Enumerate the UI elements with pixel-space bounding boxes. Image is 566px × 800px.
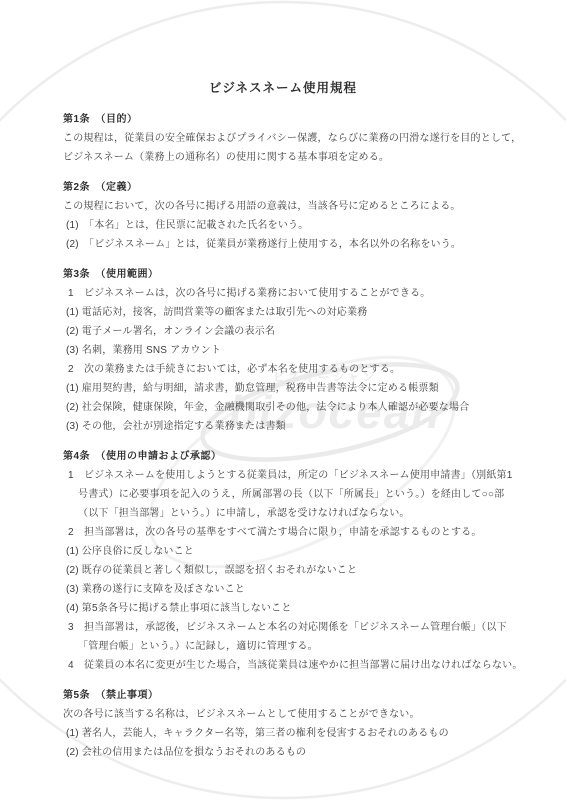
document-line: この規程において，次の各号に掲げる用語の意義は，当該各号に定めるところによる。 — [63, 197, 516, 216]
article-heading: 第1条 （目的） — [63, 110, 516, 129]
document-line: 「管理台帳」という。）に記録し，適切に管理する。 — [63, 637, 516, 656]
document-line: 3 担当部署は，承認後，ビジネスネームと本名の対応関係を「ビジネスネーム管理台帳… — [63, 618, 516, 637]
document-line: 次の各号に該当する名称は，ビジネスネームとして使用することができない。 — [63, 705, 516, 724]
document-line: 1 ビジネスネームを使用しようとする従業員は，所定の「ビジネスネーム使用申請書」… — [63, 466, 516, 485]
document-title: ビジネスネーム使用規程 — [0, 0, 566, 96]
document-line: ビジネスネーム（業務上の通称名）の使用に関する基本事項を定める。 — [63, 148, 516, 167]
document-line: (3) 名刺，業務用 SNS アカウント — [63, 341, 516, 360]
document-line: (3) その他，会社が別途指定する業務または書類 — [63, 417, 516, 436]
document-line: (2) 電子メール署名，オンライン会議の表示名 — [63, 322, 516, 341]
document-line: (2) 既存の従業員と著しく類似し，誤認を招くおそれがないこと — [63, 561, 516, 580]
document-line: 2 次の業務または手続きにおいては，必ず本名を使用するものとする。 — [63, 360, 516, 379]
document-line: 1 ビジネスネームは，次の各号に掲げる業務において使用することができる。 — [63, 284, 516, 303]
document-line: （以下「担当部署」という。）に申請し，承認を受けなければならない。 — [63, 504, 516, 523]
article-heading: 第4条 （使用の申請および承認） — [63, 447, 516, 466]
document-line: (3) 業務の遂行に支障を及ぼさないこと — [63, 580, 516, 599]
document-line: 4 従業員の本名に変更が生じた場合，当該従業員は速やかに担当部署に届け出なければ… — [63, 656, 516, 675]
document-page: ビズオーシャン bizocean ビジネスネーム使用規程 第1条 （目的）この規… — [0, 0, 566, 800]
document-line: (2) 社会保険，健康保険，年金，金融機関取引その他，法令により本人確認が必要な… — [63, 398, 516, 417]
document-line: (1) 公序良俗に反しないこと — [63, 542, 516, 561]
document-line: (1) 電話応対，接客，訪問営業等の顧客または取引先への対応業務 — [63, 303, 516, 322]
document-body: 第1条 （目的）この規程は，従業員の安全確保およびプライバシー保護，ならびに業務… — [63, 110, 516, 762]
document-line: (2) 「ビジネスネーム」とは，従業員が業務遂行上使用する，本名以外の名称をいう… — [63, 235, 516, 254]
document-line: この規程は，従業員の安全確保およびプライバシー保護，ならびに業務の円滑な遂行を目… — [63, 129, 516, 148]
article-heading: 第2条 （定義） — [63, 178, 516, 197]
document-line: (1) 「本名」とは，住民票に記載された氏名をいう。 — [63, 216, 516, 235]
document-line: (1) 著名人，芸能人，キャラクター名等，第三者の権利を侵害するおそれのあるもの — [63, 724, 516, 743]
document-line: (2) 会社の信用または品位を損なうおそれのあるもの — [63, 743, 516, 762]
article-heading: 第3条 （使用範囲） — [63, 265, 516, 284]
document-line: 2 担当部署は，次の各号の基準をすべて満たす場合に限り，申請を承認するものとする… — [63, 523, 516, 542]
article-heading: 第5条 （禁止事項） — [63, 686, 516, 705]
document-line: 号書式）に必要事項を記入のうえ，所属部署の長（以下「所属長」という。）を経由して… — [63, 485, 516, 504]
document-line: (1) 雇用契約書，給与明細，請求書，勤怠管理，税務申告書等法令に定める帳票類 — [63, 379, 516, 398]
document-line: (4) 第5条各号に掲げる禁止事項に該当しないこと — [63, 599, 516, 618]
